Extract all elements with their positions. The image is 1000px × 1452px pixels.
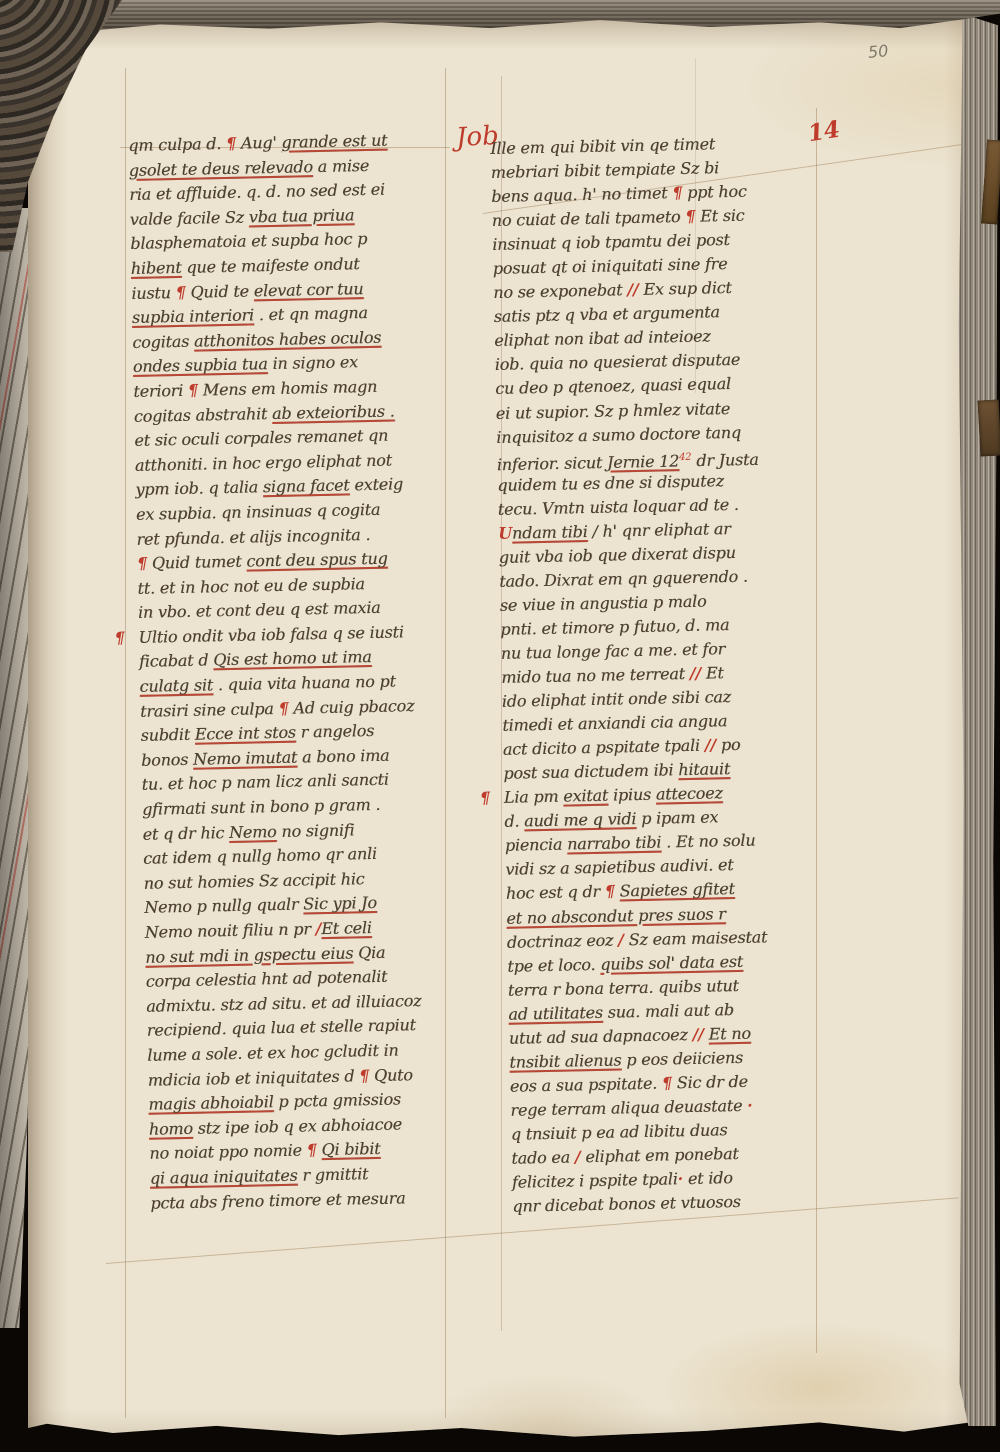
ink-text: timedi et anxiandi cia angua	[502, 711, 727, 735]
ink-text: insinuat q iob tpamtu dei post	[492, 230, 730, 254]
ink-text: que te maifeste ondut	[181, 254, 359, 277]
ink-text: et sic oculi corpales remanet qn	[134, 426, 388, 450]
ink-text: Quid te	[185, 281, 254, 301]
ink-text: stz ipe iob q ex abhoiacoe	[193, 1114, 403, 1137]
ink-text: bonos	[141, 750, 193, 770]
ink-text: terra r bona terra. quibs utut	[508, 976, 739, 1000]
ink-text: eos a sua pspitate.	[510, 1073, 662, 1095]
rubricated-text: Qis est homo ut ima	[213, 647, 372, 669]
ink-text: atthoniti. in hoc ergo eliphat not	[135, 450, 392, 474]
rubric-mark: ¶	[114, 626, 124, 651]
ink-text: lume a sole. et ex hoc gcludit in	[147, 1041, 399, 1065]
ink-text: cogitas	[132, 331, 194, 351]
rubric-mark: ¶	[605, 882, 615, 901]
ink-text: r angelos	[296, 721, 375, 742]
ink-text: iustu	[131, 283, 176, 303]
ink-text: Nemo nouit filiu n pr	[145, 919, 316, 942]
rubricated-text: hitauit	[678, 759, 730, 779]
ink-text: in vbo. et cont deu q est maxia	[138, 598, 381, 622]
ink-text: Et sic	[695, 206, 745, 226]
ink-text: mdicia iob et iniquitates d	[148, 1066, 360, 1089]
rubricated-text: hibent	[131, 258, 182, 278]
rubricated-text: grande est ut	[281, 131, 387, 152]
ink-text: recipiend. quia lua et stelle rapiut	[147, 1016, 416, 1041]
rubric-mark: ¶	[188, 381, 198, 400]
ink-text: exteig	[349, 475, 403, 495]
rubricated-text: Et celi	[321, 918, 372, 938]
rubric-mark: ¶	[137, 554, 147, 573]
ink-text: Et	[701, 663, 724, 682]
rubric-mark: ¶	[662, 1073, 672, 1092]
ink-text: Sz eam maisestat	[624, 927, 768, 949]
ink-text: p eos deiiciens	[621, 1048, 743, 1070]
ink-text: posuat qt oi iniquitati sine fre	[493, 254, 728, 278]
rubric-mark: ·	[747, 1096, 753, 1115]
ink-text: Ex sup dict	[638, 278, 731, 299]
rubricated-text: magis abhoiabil	[148, 1092, 274, 1114]
rubricated-text: Sapietes gfitet	[619, 879, 735, 900]
rubricated-text: et no abscondut pres suos r	[506, 904, 726, 928]
rubricated-text: tnsibit alienus	[509, 1050, 621, 1071]
ink-text: teriori	[133, 381, 188, 401]
ink-text: Nemo p nullg qualr	[144, 895, 303, 917]
rubric-mark: //	[705, 736, 717, 755]
ruling-line	[125, 68, 126, 1418]
rubricated-text: Et no	[708, 1023, 751, 1043]
rubricated-text: signa facet	[263, 476, 350, 497]
rubricated-text: homo	[149, 1119, 193, 1139]
rubricated-text: Sic ypi Jo	[303, 893, 377, 914]
rubricated-text: qi aqua iniquitates	[150, 1166, 298, 1188]
ink-text: trasiri sine culpa	[140, 699, 279, 721]
rubricated-text: audi me q vidi	[524, 809, 636, 830]
ink-text: guit vba iob que dixerat dispu	[499, 543, 736, 567]
ink-text: no signifi	[276, 820, 354, 841]
text-column-left: qm culpa d. ¶ Aug' grande est utgsolet t…	[128, 127, 469, 1216]
ink-text: admixtu. stz ad situ. et ad illuiacoz	[146, 991, 421, 1016]
ink-text: dr Justa	[691, 449, 759, 469]
ink-text: tu. et hoc p nam licz anli sancti	[141, 770, 388, 794]
rubricated-text: Ecce int stos	[195, 723, 296, 744]
rubric-mark: //	[627, 280, 639, 299]
ink-text: ido eliphat intit onde sibi caz	[502, 687, 731, 711]
ink-text: corpa celestia hnt ad potenalit	[146, 967, 388, 991]
ink-text: mido tua no me terreat	[501, 664, 690, 687]
ink-text: subdit	[140, 725, 195, 745]
rubricated-text: supbia interiori	[132, 306, 254, 328]
ink-text: qnr dicebat bonos et vtuosos	[512, 1192, 741, 1216]
ink-text: ypm iob. q talia	[135, 478, 263, 500]
ink-text: piencia	[505, 835, 568, 855]
rubric-mark: ¶	[672, 183, 682, 202]
ink-text: Ille em qui bibit vin qe timet	[490, 134, 715, 158]
ink-text: gfirmati sunt in bono p gram .	[142, 795, 380, 819]
ink-text: tt. et in hoc not eu de supbia	[137, 574, 365, 598]
text-line: pcta abs freno timore et mesura	[150, 1185, 468, 1216]
ink-text: cu deo p qtenoez, quasi equal	[495, 374, 731, 398]
ink-text: cogitas abstrahit	[134, 404, 273, 426]
rubricated-text: atthonitos habes oculos	[194, 327, 382, 350]
ink-text: no se exponebat	[493, 280, 627, 302]
manuscript-photo: 50 Job 14 qm culpa d. ¶ Aug' grande est …	[0, 0, 1000, 1452]
ink-text: Mens em homis magn	[198, 377, 378, 400]
ink-text: in signo ex	[267, 353, 358, 374]
ink-text: no cuiat de tali tpameto	[492, 207, 686, 230]
rubric-mark: ¶	[685, 207, 695, 226]
ink-text: ipius	[608, 785, 656, 805]
ink-text: tado ea	[511, 1147, 575, 1167]
ink-text: r gmittit	[297, 1164, 368, 1184]
ink-text: eliphat non ibat ad inteioez	[494, 327, 711, 351]
ink-text: Aug'	[236, 133, 282, 153]
ink-text: inquisitoz a sumo doctore tanq	[496, 422, 741, 446]
ink-text: sua. mali aut ab	[603, 1000, 734, 1022]
ink-text: mebriari bibit tempiate Sz bi	[491, 158, 720, 182]
ink-text: ficabat d	[139, 651, 214, 672]
rubricated-text: Nemo	[229, 822, 277, 842]
ink-text: ppt hoc	[682, 182, 747, 202]
ink-text: tecu. Vmtn uista loquar ad te .	[498, 495, 739, 519]
ink-text: hoc est q dr	[506, 882, 605, 903]
rubricated-text: quibs sol' data est	[600, 951, 743, 973]
ink-text: qm culpa d.	[128, 134, 226, 155]
page-stack-edge	[958, 14, 998, 1426]
ink-text: et q dr hic	[142, 823, 229, 844]
text-column-right: Ille em qui bibit vin qe timetmebriari b…	[490, 130, 845, 1219]
ink-text: tpe et loco.	[507, 954, 600, 975]
ink-text: p ipam ex	[636, 808, 718, 829]
ink-text: . quia vita huana no pt	[213, 672, 396, 695]
rubricated-text: culatg sit	[139, 675, 213, 696]
ink-text: no noiat ppo nomie	[149, 1141, 307, 1163]
ink-text: Quto	[369, 1065, 413, 1085]
ink-text: vidi sz a sapietibus audivi. et	[505, 855, 734, 879]
ink-text: iob. quia no quesierat disputae	[495, 350, 741, 374]
ink-text: nu tua longe fac a me. et for	[501, 639, 726, 663]
ink-text: ret pfunda. et alijs incognita .	[136, 525, 370, 549]
rubricated-text: gsolet te deus relevado	[129, 157, 313, 180]
ink-text: / h' qnr eliphat ar	[587, 519, 731, 541]
ink-text: Ad cuig pbacoz	[288, 696, 414, 718]
ink-text: d.	[504, 812, 524, 831]
ink-text: Lia pm	[504, 787, 564, 807]
ink-text: po	[716, 735, 741, 755]
ink-text: pcta abs freno timore et mesura	[150, 1188, 405, 1212]
rubric-mark: //	[692, 1024, 704, 1043]
ink-text: ex supbia. qn insinuas q cogita	[136, 500, 381, 524]
rubricated-text: Nemo imutat	[193, 747, 298, 768]
rubricated-text: vba tua priua	[249, 205, 355, 226]
ink-text: valde facile Sz	[130, 207, 249, 228]
ink-text: ria et affluide. q. d. no sed est ei	[129, 180, 385, 204]
ink-text: tado. Dixrat em qn gquerendo .	[499, 567, 748, 591]
rubricated-text: elevat cor tuu	[253, 279, 363, 300]
ink-text: ei ut supior. Sz p hmlez vitate	[496, 399, 731, 423]
ink-text: no sut homies Sz accipit hic	[143, 869, 364, 893]
ink-text: satis ptz q vba et argumenta	[494, 303, 720, 327]
ink-text: . et qn magna	[254, 303, 368, 324]
rubricated-text: Qi bibit	[321, 1139, 380, 1159]
ink-text: Qia	[353, 942, 385, 962]
ink-text: a mise	[313, 156, 370, 176]
rubricated-text: ab exteioribus .	[272, 401, 395, 423]
rubric-mark: ¶	[226, 134, 236, 153]
ink-text: Quid tumet	[147, 552, 247, 573]
ink-text: rege terram aliqua deuastate	[510, 1096, 747, 1120]
rubric-mark: U	[498, 523, 512, 542]
ink-text: a bono ima	[297, 746, 390, 767]
rubric-mark: //	[690, 664, 702, 683]
rubricated-text: attecoez	[656, 784, 723, 804]
ink-text: post sua dictudem ibi	[503, 760, 678, 783]
ink-text: doctrinaz eoz	[507, 930, 619, 951]
ink-text: cat idem q nullg homo qr anli	[143, 844, 377, 868]
ink-text: quidem tu es dne si disputez	[497, 471, 724, 495]
ink-text: p pcta gmissios	[273, 1090, 401, 1112]
ink-text: . Et no solu	[661, 831, 756, 852]
ink-text: Ultio ondit vba iob falsa q se iusti	[138, 622, 403, 647]
rubric-mark: ¶	[480, 786, 490, 810]
ink-text: felicitez i pspite tpali	[512, 1169, 678, 1191]
rubric-mark: 42	[679, 451, 692, 462]
ink-text: se viue in angustia p malo	[500, 591, 707, 614]
rubricated-text: ondes supbia tua	[133, 354, 268, 376]
ink-text: et ido	[683, 1168, 733, 1188]
ink-text: utut ad sua dapnacoez	[509, 1025, 693, 1048]
rubricated-text: no sut mdi in gspectu eius	[145, 943, 353, 966]
rubricated-text: Jernie 12	[607, 451, 679, 472]
manuscript-page: 50 Job 14 qm culpa d. ¶ Aug' grande est …	[28, 16, 970, 1438]
rubricated-text: ndam tibi	[512, 522, 588, 543]
rubricated-text: exitat	[563, 786, 608, 806]
clasp-remnant	[978, 399, 1000, 456]
ink-text: act dicito a pspitate tpali	[503, 736, 705, 759]
rubricated-text: cont deu spus tug	[246, 549, 388, 571]
folio-number: 50	[867, 41, 889, 62]
ink-text: blasphematoia et supba hoc p	[130, 229, 367, 253]
rubricated-text: ad utilitates	[508, 1003, 603, 1024]
ink-text: Sic dr de	[672, 1072, 748, 1093]
rubricated-text: narrabo tibi	[567, 833, 662, 854]
ink-text: q tnsiuit p ea ad libitu duas	[511, 1120, 728, 1144]
ink-text: eliphat em ponebat	[580, 1144, 739, 1166]
ink-text: pnti. et timore p futuo, d. ma	[500, 615, 729, 639]
ink-text: bens aqua. h' no timet	[491, 183, 672, 206]
